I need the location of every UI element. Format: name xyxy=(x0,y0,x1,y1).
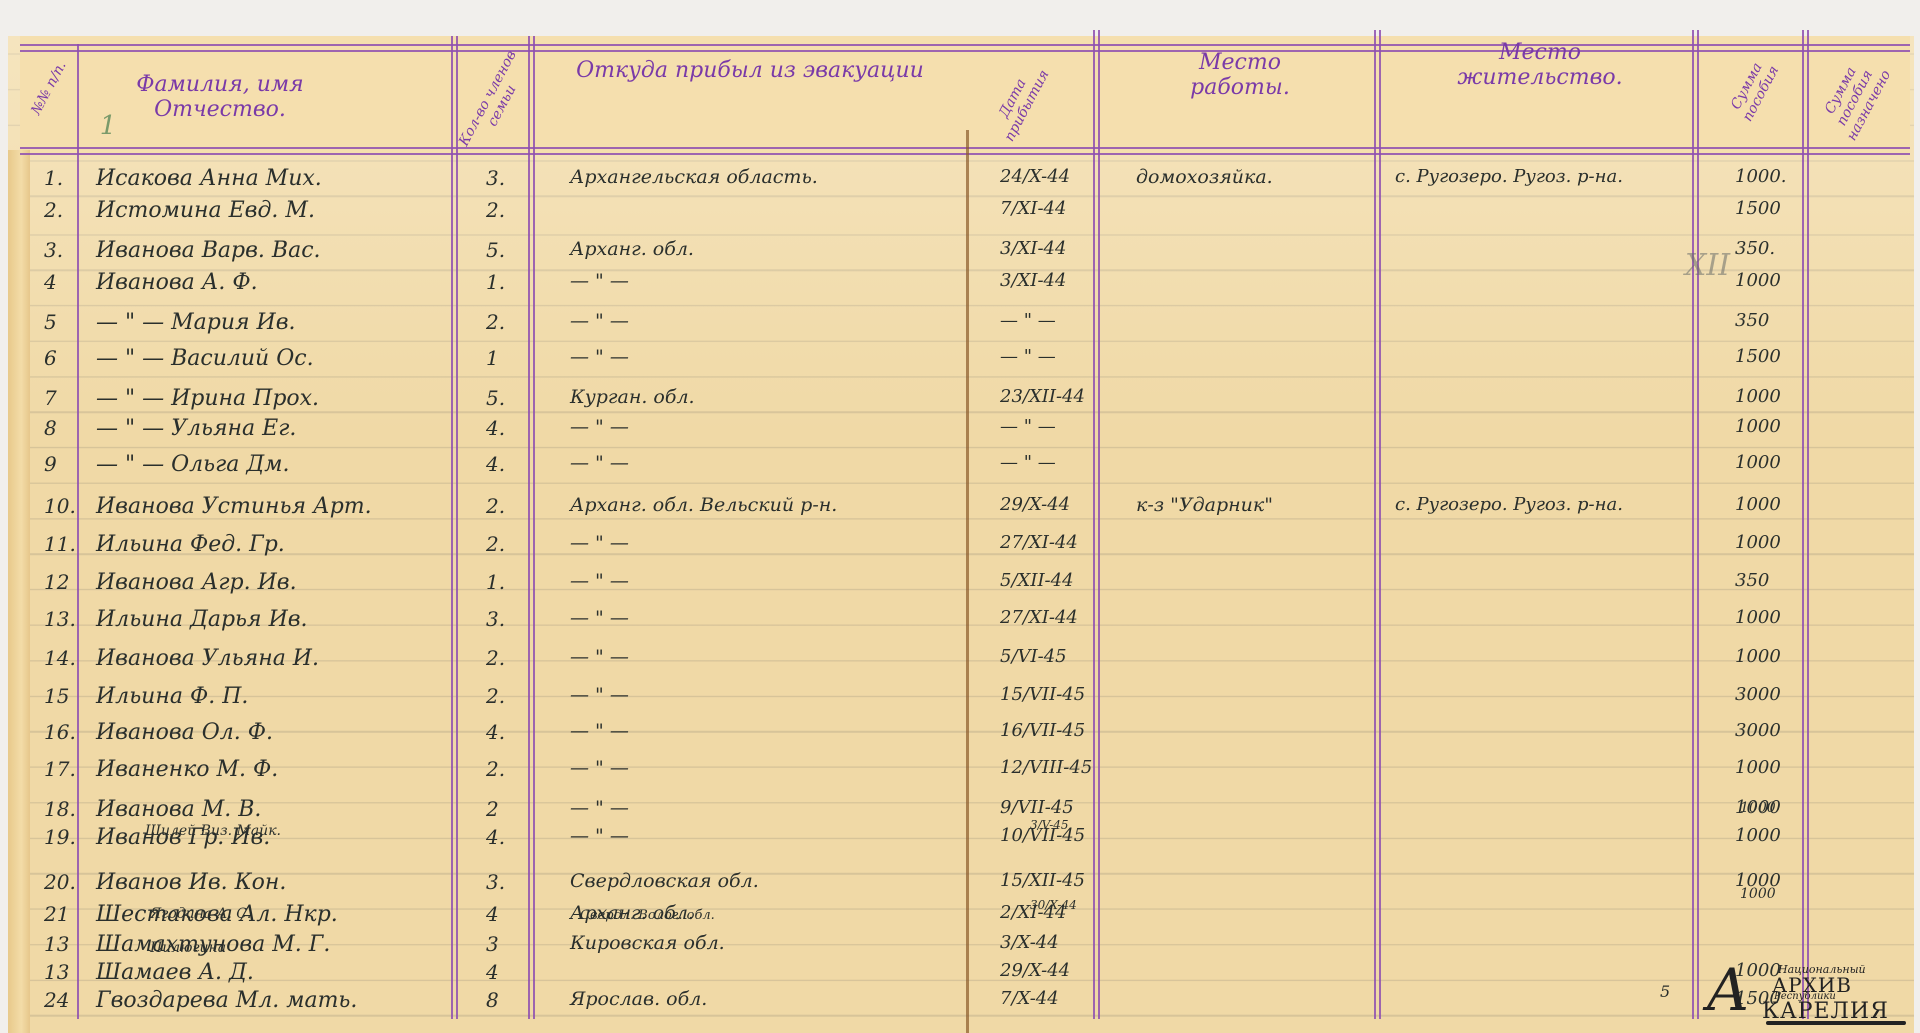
col-rule-work xyxy=(1374,30,1376,1019)
row-name: Иванова Варв. Вас. xyxy=(96,238,321,263)
row-amount: 1000 xyxy=(1735,757,1781,778)
row-origin: — " — xyxy=(570,797,629,819)
row-name: Иванова А. Ф. xyxy=(96,270,258,295)
annotation-row18-above: Шилей Виз. Майк. xyxy=(145,823,281,839)
row-name: Иванова Ол. Ф. xyxy=(96,720,273,745)
row-arrival-date: — " — xyxy=(1000,310,1056,331)
row-family-count: 2 xyxy=(486,797,499,821)
annotation-row21-origin-above: Свердл. Волог. обл. xyxy=(580,908,715,923)
row-number: 5 xyxy=(44,310,57,334)
row-origin: — " — xyxy=(570,532,629,554)
row-number: 13. xyxy=(44,607,76,631)
col-rule-date-2 xyxy=(1098,30,1100,1019)
row-name: — " — Василий Ос. xyxy=(96,346,314,371)
row-amount: 1000. xyxy=(1735,166,1787,187)
annotation-row22-above: Пилюгина xyxy=(150,940,226,956)
annotation-amount-extra-2: 1000 xyxy=(1740,886,1776,902)
row-amount: 350 xyxy=(1735,570,1769,591)
col-rule-date xyxy=(1093,30,1095,1019)
row-number: 10. xyxy=(44,494,76,518)
annotation-row21-date-above: 30/X-44 xyxy=(1030,898,1077,912)
row-arrival-date: 9/VII-45 xyxy=(1000,797,1074,818)
row-family-count: 5. xyxy=(486,238,505,262)
row-family-count: 1. xyxy=(486,270,505,294)
row-name: — " — Ирина Прох. xyxy=(96,386,319,411)
row-number: 16. xyxy=(44,720,76,744)
row-family-count: 3. xyxy=(486,870,505,894)
row-arrival-date: 15/XII-45 xyxy=(1000,870,1085,891)
row-number: 12 xyxy=(44,570,69,594)
row-origin: Свердловская обл. xyxy=(570,870,759,892)
row-amount: 350 xyxy=(1735,310,1769,331)
row-name: Ильина Дарья Ив. xyxy=(96,607,308,632)
row-arrival-date: — " — xyxy=(1000,346,1056,367)
row-amount: 1000 xyxy=(1735,532,1781,553)
row-arrival-date: 27/XI-44 xyxy=(1000,532,1078,553)
annotation-row21-above: Ягодина А. С. xyxy=(150,906,251,922)
col-rule-count xyxy=(528,36,530,1019)
page-edge xyxy=(8,150,30,1033)
row-amount: 1000 xyxy=(1735,452,1781,473)
row-name: Иванова Агр. Ив. xyxy=(96,570,297,595)
row-origin: — " — xyxy=(570,684,629,706)
row-origin: — " — xyxy=(570,310,629,332)
row-arrival-date: 16/VII-45 xyxy=(1000,720,1085,741)
quill-icon xyxy=(1766,1021,1906,1025)
row-arrival-date: 5/XII-44 xyxy=(1000,570,1074,591)
row-arrival-date: 24/X-44 xyxy=(1000,166,1070,187)
row-family-count: 2. xyxy=(486,684,505,708)
row-origin: — " — xyxy=(570,416,629,438)
row-arrival-date: 15/VII-45 xyxy=(1000,684,1085,705)
col-rule-amount-2 xyxy=(1807,30,1809,1019)
row-amount: 1000 xyxy=(1735,494,1781,515)
row-number: 21 xyxy=(44,902,69,926)
row-name: Ильина Фед. Гр. xyxy=(96,532,285,557)
row-origin: Курган. обл. xyxy=(570,386,695,408)
row-arrival-date: 7/X-44 xyxy=(1000,988,1059,1009)
row-number: 13 xyxy=(44,960,69,984)
row-arrival-date: — " — xyxy=(1000,416,1056,437)
row-origin: — " — xyxy=(570,757,629,779)
row-arrival-date: 23/XII-44 xyxy=(1000,386,1085,407)
row-origin: — " — xyxy=(570,720,629,742)
annotation-pencil-mark: XII xyxy=(1685,248,1730,283)
row-family-count: 2. xyxy=(486,757,505,781)
row-name: — " — Ольга Дм. xyxy=(96,452,289,477)
row-family-count: 4 xyxy=(486,960,499,984)
annotation-amount-extra-1: 1000 xyxy=(1740,800,1776,816)
row-number: 7 xyxy=(44,386,57,410)
row-arrival-date: 3/XI-44 xyxy=(1000,270,1066,291)
annotation-row19-date-above: 3/V-45 xyxy=(1030,818,1069,832)
row-arrival-date: 3/XI-44 xyxy=(1000,238,1066,259)
row-name: Иваненко М. Ф. xyxy=(96,757,278,782)
col-rule-work-2 xyxy=(1379,30,1381,1019)
archive-monogram: А xyxy=(1706,961,1750,1019)
col-rule-count-2 xyxy=(533,36,535,1019)
row-number: 1. xyxy=(44,166,63,190)
row-name: Гвоздарева Мл. мать. xyxy=(96,988,357,1013)
col-rule-name-2 xyxy=(456,36,458,1019)
row-amount: 1000 xyxy=(1735,270,1781,291)
row-origin: — " — xyxy=(570,452,629,474)
row-number: 9 xyxy=(44,452,57,476)
row-family-count: 4. xyxy=(486,825,505,849)
row-amount: 1000 xyxy=(1735,386,1781,407)
row-number: 6 xyxy=(44,346,57,370)
row-name: Исакова Анна Мих. xyxy=(96,166,322,191)
row-amount: 1500 xyxy=(1735,198,1781,219)
col-rule-amount xyxy=(1802,30,1804,1019)
row-name: Иванова М. В. xyxy=(96,797,261,822)
page-spine xyxy=(966,130,969,1033)
row-family-count: 8 xyxy=(486,988,499,1012)
row-arrival-date: 12/VIII-45 xyxy=(1000,757,1092,778)
header-residence: Место жительство. xyxy=(1430,40,1650,91)
row-number: 11. xyxy=(44,532,76,556)
row-origin: Арханг. обл. xyxy=(570,238,694,260)
row-number: 20. xyxy=(44,870,76,894)
row-number: 18. xyxy=(44,797,76,821)
row-amount: 3000 xyxy=(1735,720,1781,741)
archive-watermark: А Национальный АРХИВ Республики КАРЕЛИЯ xyxy=(1706,959,1906,1025)
row-amount: 3000 xyxy=(1735,684,1781,705)
row-family-count: 2. xyxy=(486,494,505,518)
row-amount: 1500 xyxy=(1735,346,1781,367)
row-family-count: 2. xyxy=(486,310,505,334)
row-name: Ильина Ф. П. xyxy=(96,684,248,709)
header-workplace: Место работы. xyxy=(1160,50,1320,101)
col-rule-residence-2 xyxy=(1697,30,1699,1019)
row-arrival-date: 29/X-44 xyxy=(1000,960,1070,981)
row-number: 17. xyxy=(44,757,76,781)
row-number: 8 xyxy=(44,416,57,440)
row-amount: 1000 xyxy=(1735,416,1781,437)
row-origin: Архангельская область. xyxy=(570,166,818,188)
row-number: 13 xyxy=(44,932,69,956)
header-origin: Откуда прибыл из эвакуации xyxy=(560,58,940,83)
row-family-count: 3. xyxy=(486,607,505,631)
col-rule-num xyxy=(77,44,79,1019)
row-workplace: к-з "Ударник" xyxy=(1136,494,1273,516)
row-family-count: 4. xyxy=(486,720,505,744)
row-number: 2. xyxy=(44,198,63,222)
row-origin: — " — xyxy=(570,646,629,668)
col-rule-name xyxy=(451,36,453,1019)
row-family-count: 2. xyxy=(486,198,505,222)
row-family-count: 3. xyxy=(486,166,505,190)
row-origin: — " — xyxy=(570,270,629,292)
row-residence: с. Ругозеро. Ругоз. р-на. xyxy=(1395,166,1623,187)
row-name: — " — Ульяна Ег. xyxy=(96,416,296,441)
row-origin: — " — xyxy=(570,570,629,592)
row-arrival-date: 5/VI-45 xyxy=(1000,646,1067,667)
row-number: 19. xyxy=(44,825,76,849)
row-origin: — " — xyxy=(570,346,629,368)
row-amount: 1000 xyxy=(1735,607,1781,628)
row-number: 15 xyxy=(44,684,69,708)
row-family-count: 4. xyxy=(486,416,505,440)
col-rule-residence xyxy=(1692,30,1694,1019)
header-name: Фамилия, имя Отчество. xyxy=(120,72,320,123)
row-family-count: 1. xyxy=(486,570,505,594)
header-bottom-rule-2 xyxy=(20,153,1910,155)
annotation-page-foot-mark: 5 xyxy=(1660,982,1670,1001)
row-name: Истомина Евд. М. xyxy=(96,198,315,223)
row-amount: 1000 xyxy=(1735,646,1781,667)
row-amount: 350. xyxy=(1735,238,1775,259)
row-residence: с. Ругозеро. Ругоз. р-на. xyxy=(1395,494,1623,515)
row-name: Иванов Ив. Кон. xyxy=(96,870,286,895)
row-origin: — " — xyxy=(570,607,629,629)
row-number: 4 xyxy=(44,270,57,294)
row-arrival-date: 27/XI-44 xyxy=(1000,607,1078,628)
row-arrival-date: — " — xyxy=(1000,452,1056,473)
row-workplace: домохозяйка. xyxy=(1136,166,1273,188)
row-family-count: 4 xyxy=(486,902,499,926)
row-amount: 1000 xyxy=(1735,825,1781,846)
header-bottom-rule xyxy=(20,147,1910,149)
row-origin: Арханг. обл. Вельский р-н. xyxy=(570,494,837,516)
row-origin: Ярослав. обл. xyxy=(570,988,707,1010)
row-name: Шамаев А. Д. xyxy=(96,960,254,985)
row-number: 24 xyxy=(44,988,69,1012)
row-family-count: 1 xyxy=(486,346,499,370)
row-arrival-date: 7/XI-44 xyxy=(1000,198,1066,219)
row-name: Иванова Устинья Арт. xyxy=(96,494,372,519)
row-family-count: 2. xyxy=(486,532,505,556)
row-family-count: 4. xyxy=(486,452,505,476)
row-family-count: 5. xyxy=(486,386,505,410)
row-number: 3. xyxy=(44,238,63,262)
row-arrival-date: 3/X-44 xyxy=(1000,932,1059,953)
row-family-count: 2. xyxy=(486,646,505,670)
row-origin: Кировская обл. xyxy=(570,932,725,954)
row-number: 14. xyxy=(44,646,76,670)
row-origin: — " — xyxy=(570,825,629,847)
row-name: Иванова Ульяна И. xyxy=(96,646,319,671)
row-arrival-date: 29/X-44 xyxy=(1000,494,1070,515)
header-page-mark: 1 xyxy=(96,112,120,142)
row-family-count: 3 xyxy=(486,932,499,956)
row-name: — " — Мария Ив. xyxy=(96,310,296,335)
